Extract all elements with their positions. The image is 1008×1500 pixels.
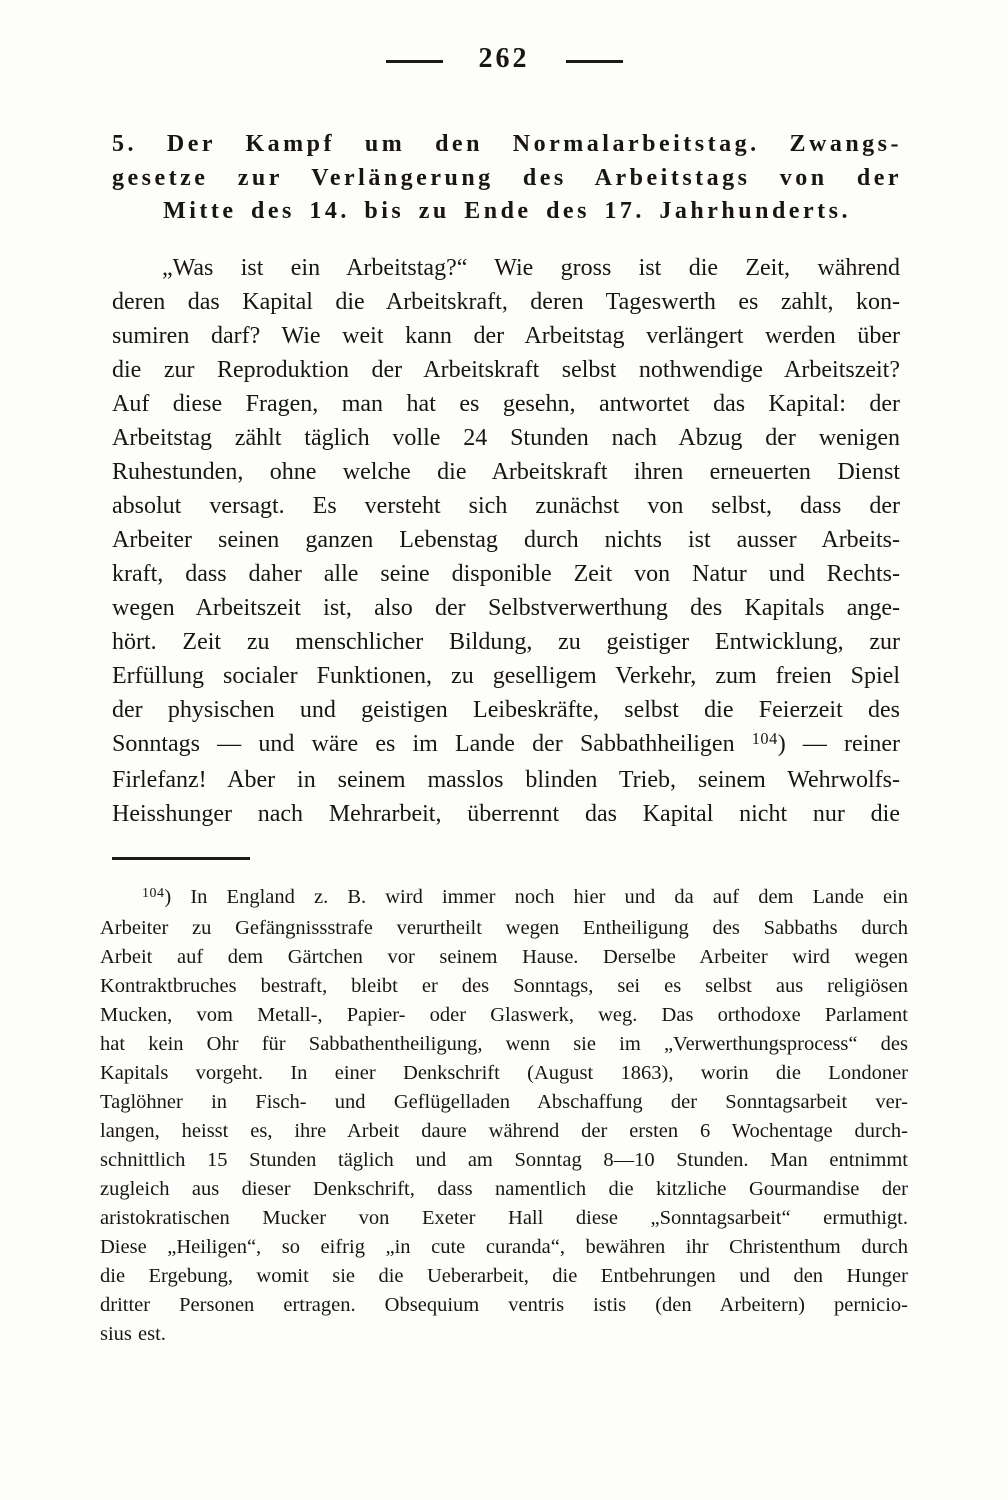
text-line: gesetze zur Verlängerung des Arbeitstags… — [112, 162, 902, 196]
text-line: Heisshunger nach Mehrarbeit, überrennt d… — [112, 797, 900, 831]
footnote-separator-rule — [112, 857, 250, 860]
footnote-marker: 104 — [142, 886, 164, 901]
text-line: schnittlich 15 Stunden täglich und am So… — [100, 1146, 908, 1175]
text-line: langen, heisst es, ihre Arbeit daure wäh… — [100, 1117, 908, 1146]
text-line: der physischen und geistigen Leibeskräft… — [112, 693, 900, 727]
text-line: dritter Personen ertragen. Obsequium ven… — [100, 1291, 908, 1320]
text-line: Auf diese Fragen, man hat es gesehn, ant… — [112, 387, 900, 421]
page-header: 262 — [0, 0, 1008, 78]
text-line: 104) In England z. B. wird immer noch hi… — [100, 883, 908, 914]
text-line: Sonntags — und wäre es im Lande der Sabb… — [112, 727, 900, 763]
body-paragraph: „Was ist ein Arbeitstag?“ Wie gross ist … — [112, 251, 900, 831]
footnote-marker: 104 — [752, 729, 778, 748]
text-segment: ) In England z. B. wird immer noch hier … — [164, 886, 908, 908]
text-line: Kapitals vorgeht. In einer Denkschrift (… — [100, 1059, 908, 1088]
text-line: Kontraktbruches bestraft, bleibt er des … — [100, 972, 908, 1001]
text-line: hat kein Ohr für Sabbathentheiligung, we… — [100, 1030, 908, 1059]
header-right-dash — [566, 60, 623, 63]
text-line: zugleich aus dieser Denkschrift, dass na… — [100, 1175, 908, 1204]
text-line: Mitte des 14. bis zu Ende des 17. Jahrhu… — [112, 195, 902, 229]
text-line: wegen Arbeitszeit ist, also der Selbstve… — [112, 591, 900, 625]
text-line: Mucken, vom Metall-, Papier- oder Glaswe… — [100, 1001, 908, 1030]
text-line: Diese „Heiligen“, so eifrig „in cute cur… — [100, 1233, 908, 1262]
section-heading: 5. Der Kampf um den Normalarbeitstag. Zw… — [112, 128, 902, 229]
text-line: 5. Der Kampf um den Normalarbeitstag. Zw… — [112, 128, 902, 162]
text-line: Ruhestunden, ohne welche die Arbeitskraf… — [112, 455, 900, 489]
text-line: Erfüllung socialer Funktionen, zu gesell… — [112, 659, 900, 693]
header-left-dash — [386, 60, 443, 63]
page-number: 262 — [479, 45, 530, 73]
text-line: deren das Kapital die Arbeitskraft, dere… — [112, 285, 900, 319]
text-line: Arbeit auf dem Gärtchen vor seinem Hause… — [100, 943, 908, 972]
text-line: sumiren darf? Wie weit kann der Arbeitst… — [112, 319, 900, 353]
text-line: die Ergebung, womit sie die Ueberarbeit,… — [100, 1262, 908, 1291]
footnote-block: 104) In England z. B. wird immer noch hi… — [100, 883, 908, 1349]
text-line: Arbeiter zu Gefängnissstrafe verurtheilt… — [100, 914, 908, 943]
text-segment: ) — reiner — [778, 731, 900, 757]
text-line: kraft, dass daher alle seine disponible … — [112, 557, 900, 591]
text-line: absolut versagt. Es versteht sich zunäch… — [112, 489, 900, 523]
text-line: die zur Reproduktion der Arbeitskraft se… — [112, 353, 900, 387]
text-segment: Sonntags — und wäre es im Lande der Sabb… — [112, 731, 752, 757]
text-line: aristokratischen Mucker von Exeter Hall … — [100, 1204, 908, 1233]
text-line: Arbeiter seinen ganzen Lebenstag durch n… — [112, 523, 900, 557]
text-line: hört. Zeit zu menschlicher Bildung, zu g… — [112, 625, 900, 659]
text-line: „Was ist ein Arbeitstag?“ Wie gross ist … — [112, 251, 900, 285]
text-line: Taglöhner in Fisch- und Geflügelladen Ab… — [100, 1088, 908, 1117]
text-line: sius est. — [100, 1320, 908, 1349]
book-page: 262 5. Der Kampf um den Normalarbeitstag… — [0, 0, 1008, 1500]
text-line: Arbeitstag zählt täglich volle 24 Stunde… — [112, 421, 900, 455]
text-line: Firlefanz! Aber in seinem masslos blinde… — [112, 763, 900, 797]
